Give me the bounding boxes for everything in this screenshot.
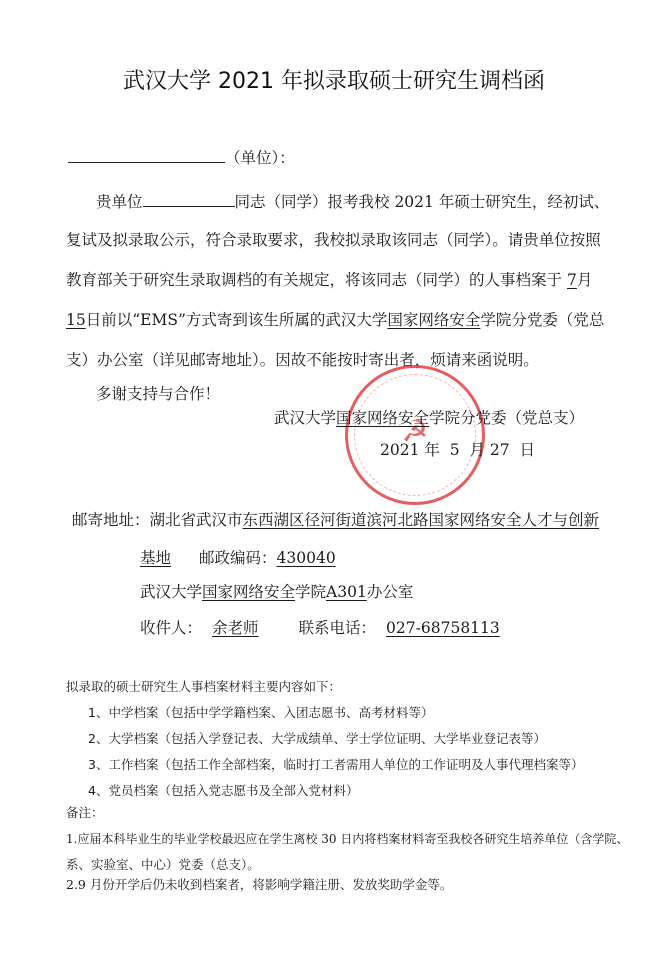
note-1-line-1: 1.应届本科毕业生的毕业学校最迟应在学生离校 30 日内将档案材料寄至我校各研究… (66, 832, 628, 846)
deadline-month: 7 (567, 271, 577, 289)
postcode: 430040 (277, 549, 336, 567)
paragraph-line-3: 教育部关于研究生录取调档的有关规定，将该同志（同学）的人事档案于 7月 (66, 272, 592, 289)
name-blank (143, 192, 235, 207)
document-title: 武汉大学 2021 年拟录取硕士研究生调档函 (0, 64, 668, 95)
materials-item: 3、工作档案（包括工作全部档案，临时打工者需用人单位的工作证明及人事代理档案等） (88, 758, 583, 772)
unit-blank (68, 148, 225, 163)
signature: 武汉大学国家网络安全学院分党委（党总支） (274, 410, 584, 427)
deadline-day: 15 (66, 311, 86, 329)
note-2: 2.9 月份开学后仍未收到档案者，将影响学籍注册、发放奖助学金等。 (66, 878, 452, 892)
notes-heading: 备注： (66, 806, 104, 820)
office-line: 武汉大学国家网络安全学院A301办公室 (140, 584, 413, 601)
contact-phone: 027-68758113 (376, 619, 528, 637)
paragraph-line-5: 支）办公室（详见邮寄地址）。因故不能按时寄出者，烦请来函说明。 (66, 352, 539, 369)
school-name: 国家网络安全 (387, 311, 480, 329)
contact-line: 收件人：余老师联系电话：027-68758113 (140, 620, 528, 637)
materials-heading: 拟录取的硕士研究生人事档案材料主要内容如下： (66, 680, 341, 694)
recipient-name: 余老师 (202, 619, 269, 637)
paragraph-line-2: 复试及拟录取公示，符合录取要求，我校拟录取该同志（同学）。请贵单位按照 (66, 232, 601, 249)
thanks-line: 多谢支持与合作！ (96, 386, 220, 403)
signature-date: 2021 年 5 月 27 日 (380, 442, 535, 459)
salutation: （单位）： (68, 148, 295, 167)
materials-item: 2、大学档案（包括入学登记表、大学成绩单、学士学位证明、大学毕业登记表等） (88, 732, 546, 746)
mailing-address-line-1: 邮寄地址：湖北省武汉市东西湖区径河街道滨河北路国家网络安全人才与创新 (72, 512, 599, 529)
paragraph-line-1: 贵单位同志（同学）报考我校 2021 年硕士研究生，经初试、 (96, 192, 609, 211)
mailing-address-line-2: 基地邮政编码：430040 (140, 550, 336, 567)
materials-item: 1、中学档案（包括中学学籍档案、入团志愿书、高考材料等） (88, 706, 433, 720)
note-1-line-2: 系、实验室、中心）党委（总支）。 (66, 858, 260, 872)
office-room: A301 (326, 583, 367, 601)
official-stamp: ☭ (345, 365, 485, 505)
paragraph-line-4: 15日前以“EMS”方式寄到该生所属的武汉大学国家网络安全学院分党委（党总 (66, 312, 604, 329)
materials-item: 4、党员档案（包括入党志愿书及全部入党材料） (88, 784, 358, 798)
mailing-label: 邮寄地址： (72, 511, 150, 529)
